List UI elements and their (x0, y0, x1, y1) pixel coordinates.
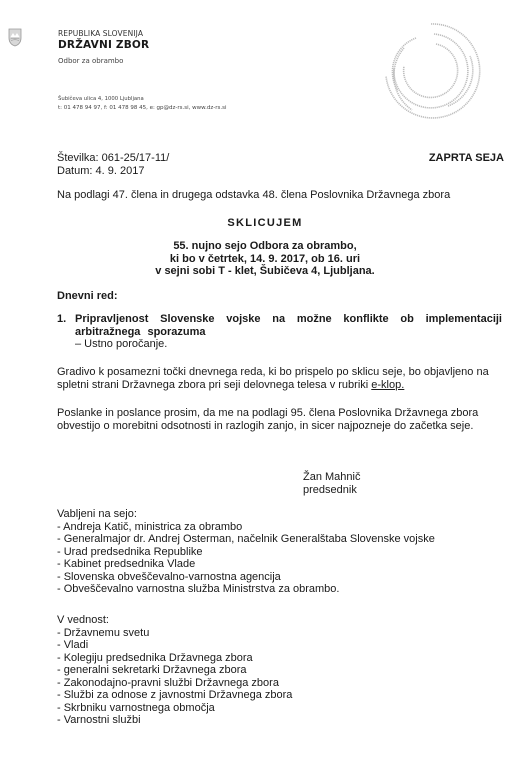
agenda-title: Dnevni red: (57, 290, 118, 303)
info-title: V vednost: (57, 614, 292, 627)
signatory-title: predsednik (303, 484, 360, 497)
document-date: Datum: 4. 9. 2017 (57, 165, 169, 178)
e-klop-link[interactable]: e-klop. (371, 379, 404, 391)
agenda-item-title: Pripravljenost Slovenske vojske na možne… (75, 313, 502, 338)
materials-text: Gradivo k posamezni točki dnevnega reda,… (57, 366, 489, 391)
list-item: - generalni sekretarki Državnega zbora (57, 664, 292, 677)
list-item: - Varnostni službi (57, 714, 292, 727)
session-line: 55. nujno sejo Odbora za obrambo, (0, 240, 530, 253)
agenda-item-note: – Ustno poročanje. (75, 338, 502, 351)
list-item: - Kabinet predsednika Vlade (57, 558, 435, 571)
document-heading: SKLICUJEM (0, 217, 530, 229)
session-line: ki bo v četrtek, 14. 9. 2017, ob 16. uri (0, 253, 530, 266)
signature-block: Žan Mahnič predsednik (303, 471, 360, 496)
list-item: - Slovenska obveščevalno-varnostna agenc… (57, 571, 435, 584)
list-item: - Obveščevalno varnostna služba Ministrs… (57, 583, 435, 596)
contact-info: t: 01 478 94 97, f: 01 478 98 45, e: gp@… (58, 105, 227, 111)
list-item: - Zakonodajno-pravni službi Državnega zb… (57, 677, 292, 690)
signatory-name: Žan Mahnič (303, 471, 360, 484)
list-item: - Generalmajor dr. Andrej Osterman, nače… (57, 533, 435, 546)
list-item: - Skrbniku varnostnega območja (57, 702, 292, 715)
list-item: - Službi za odnose z javnostmi Državnega… (57, 689, 292, 702)
committee-name: Odbor za obrambo (58, 57, 123, 65)
list-item: - Kolegiju predsednika Državnega zbora (57, 652, 292, 665)
list-item: - Vladi (57, 639, 292, 652)
institution-name: DRŽAVNI ZBOR (58, 39, 149, 51)
circular-text-seal-icon (376, 16, 486, 126)
country-name: REPUBLIKA SLOVENIJA (58, 29, 143, 38)
agenda-item-number: 1. (57, 313, 66, 326)
address: Šubičeva ulica 4, 1000 Ljubljana (58, 96, 144, 102)
session-details: 55. nujno sejo Odbora za obrambo, ki bo … (0, 240, 530, 278)
document-reference: Številka: 061-25/17-11/ Datum: 4. 9. 201… (57, 152, 169, 177)
info-recipients-list: V vednost: - Državnemu svetu - Vladi - K… (57, 614, 292, 727)
list-item: - Urad predsednika Republike (57, 546, 435, 559)
list-item: - Andreja Katič, ministrica za obrambo (57, 521, 435, 534)
absence-paragraph: Poslanke in poslance prosim, da me na po… (57, 407, 507, 432)
coat-of-arms-icon (8, 28, 22, 47)
list-item: - Državnemu svetu (57, 627, 292, 640)
session-line: v sejni sobi T - klet, Šubičeva 4, Ljubl… (0, 265, 530, 278)
legal-basis: Na podlagi 47. člena in drugega odstavka… (57, 189, 450, 202)
materials-paragraph: Gradivo k posamezni točki dnevnega reda,… (57, 366, 507, 391)
invited-title: Vabljeni na sejo: (57, 508, 435, 521)
invited-list: Vabljeni na sejo: - Andreja Katič, minis… (57, 508, 435, 596)
agenda-item: 1. Pripravljenost Slovenske vojske na mo… (57, 313, 502, 351)
classification-label: ZAPRTA SEJA (429, 152, 504, 164)
document-number: Številka: 061-25/17-11/ (57, 152, 169, 165)
